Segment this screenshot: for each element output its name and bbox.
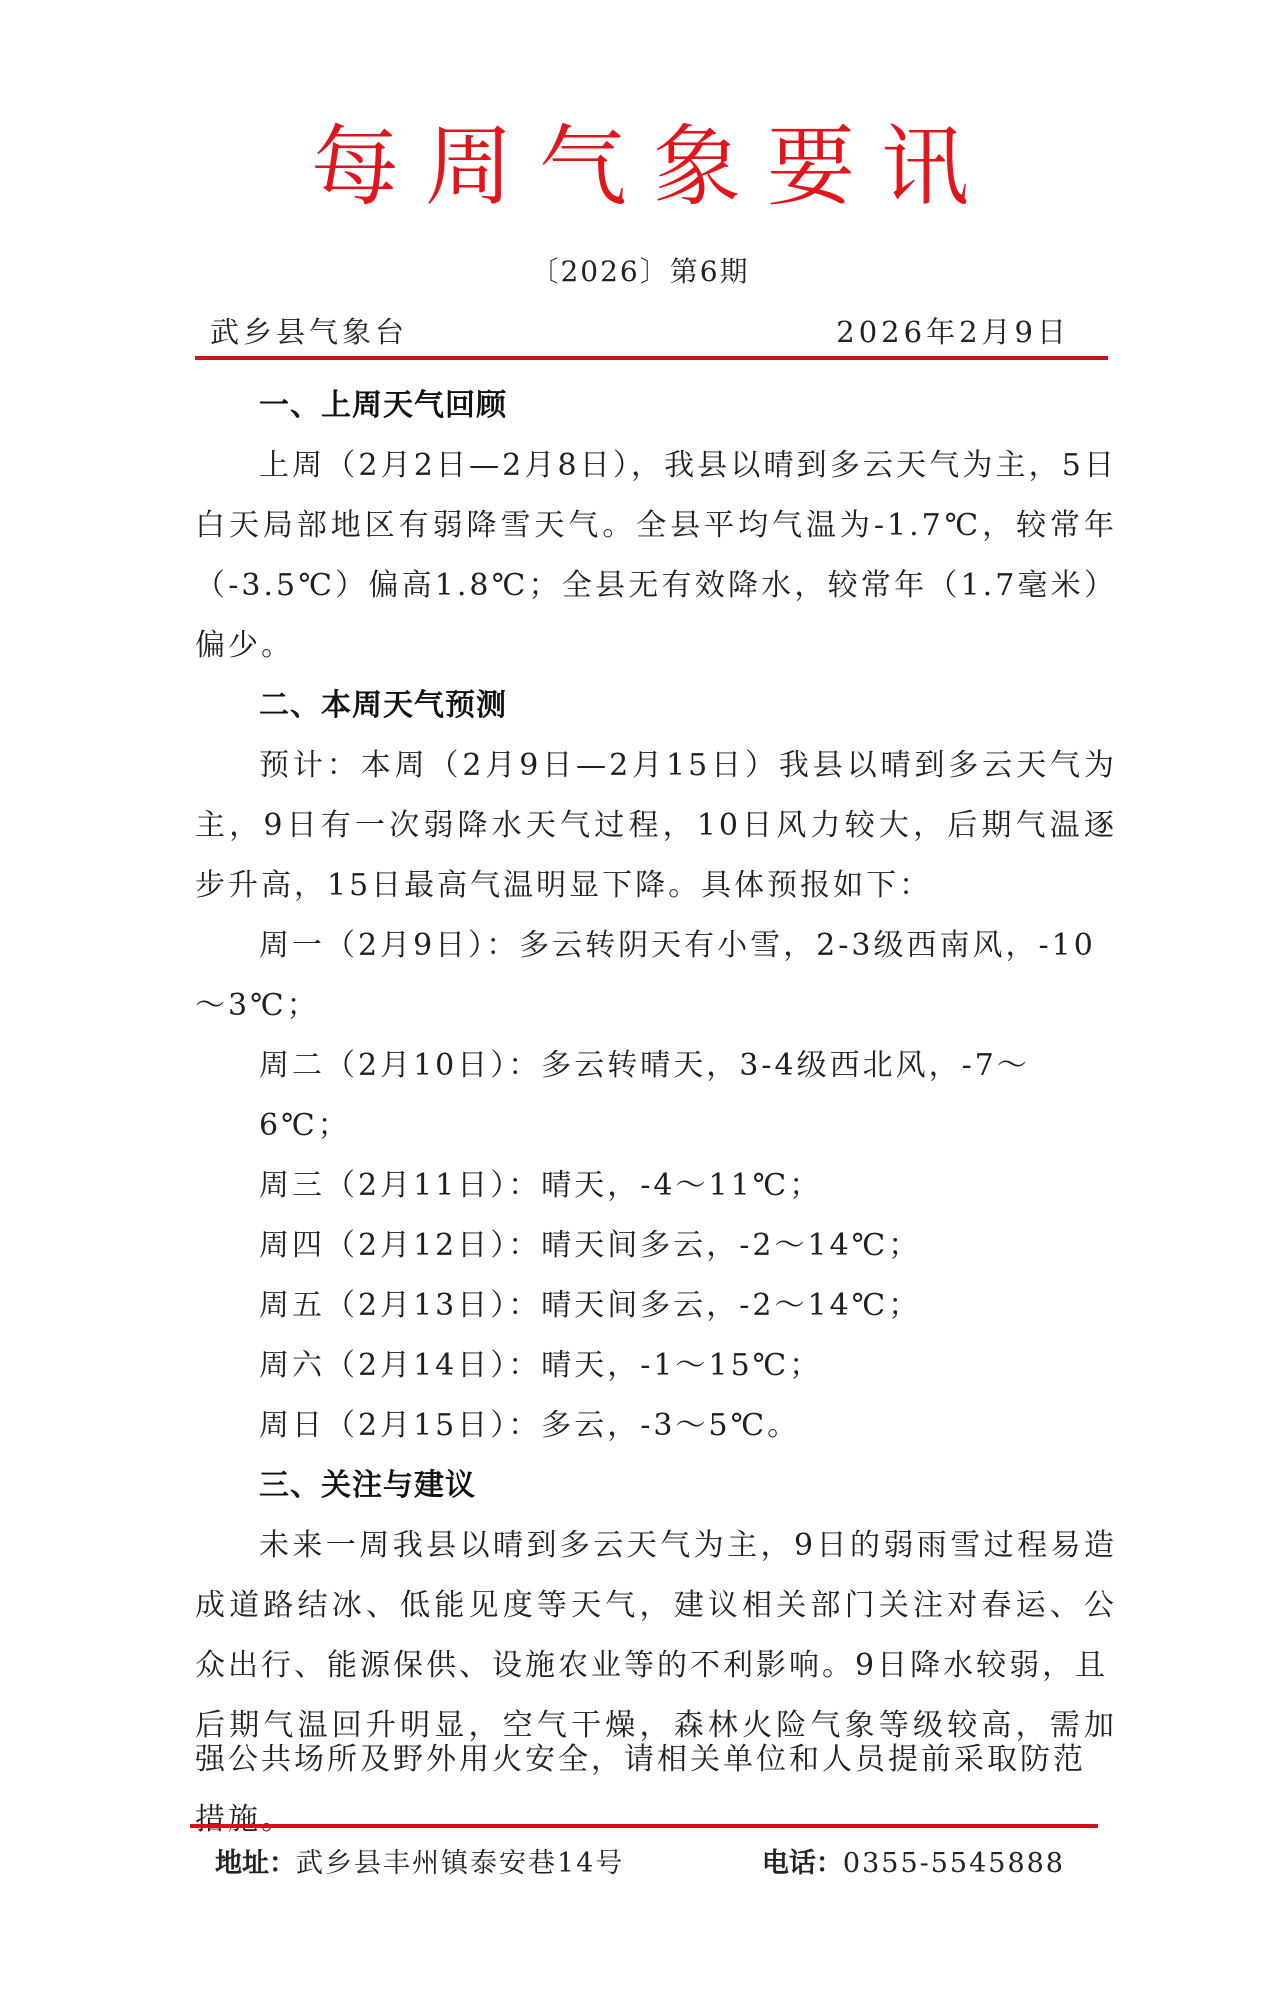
forecast-day-sun: 周日（2月15日）：多云，-3～5℃。: [195, 1396, 1117, 1456]
advice-paragraph-2: 后期气温回升明显，空气干燥，森林火险气象等级较高，需加强公共场所及野外用火安全，…: [195, 1709, 1117, 1777]
issue-number: 〔2026〕第6期: [0, 254, 1280, 290]
section-heading-advice: 三、关注与建议: [195, 1456, 1117, 1516]
footer-phone: 电话：0355-5545888: [762, 1846, 1065, 1882]
address-label: 地址：: [215, 1848, 296, 1879]
footer-address: 地址：武乡县丰州镇泰安巷14号: [215, 1846, 624, 1882]
forecast-day-thu: 周四（2月12日）：晴天间多云，-2～14℃；: [195, 1216, 1117, 1276]
phone-label: 电话：: [762, 1848, 843, 1879]
forecast-summary: 预计：本周（2月9日—2月15日）我县以晴到多云天气为主，9日有一次弱降水天气过…: [195, 736, 1117, 916]
forecast-day-wed: 周三（2月11日）：晴天，-4～11℃；: [195, 1156, 1117, 1216]
bulletin-title: 每周气象要讯: [0, 112, 1280, 222]
advice-paragraph-3: 措施。: [195, 1790, 1117, 1850]
footer-divider: [190, 1824, 1098, 1828]
header-divider: [195, 356, 1108, 360]
forecast-day-sat: 周六（2月14日）：晴天，-1～15℃；: [195, 1336, 1117, 1396]
review-paragraph: 上周（2月2日—2月8日），我县以晴到多云天气为主，5日白天局部地区有弱降雪天气…: [195, 436, 1117, 676]
footer: 地址：武乡县丰州镇泰安巷14号 电话：0355-5545888: [215, 1846, 1065, 1882]
forecast-day-fri: 周五（2月13日）：晴天间多云，-2～14℃；: [195, 1276, 1117, 1336]
advice-paragraph-1: 未来一周我县以晴到多云天气为主，9日的弱雨雪过程易造成道路结冰、低能见度等天气，…: [195, 1516, 1117, 1696]
forecast-day-mon: 周一（2月9日）：多云转阴天有小雪，2-3级西南风，-10～3℃；: [195, 916, 1117, 1036]
section-heading-forecast: 二、本周天气预测: [195, 676, 1117, 736]
organization-name: 武乡县气象台: [210, 314, 408, 350]
section-heading-review: 一、上周天气回顾: [195, 376, 1117, 436]
phone-value: 0355-5545888: [843, 1848, 1065, 1879]
address-value: 武乡县丰州镇泰安巷14号: [296, 1848, 624, 1879]
publish-date: 2026年2月9日: [836, 314, 1070, 350]
bulletin-page: 每周气象要讯 〔2026〕第6期 武乡县气象台 2026年2月9日 一、上周天气…: [0, 0, 1280, 2000]
forecast-day-tue: 周二（2月10日）：多云转晴天，3-4级西北风，-7～6℃；: [195, 1036, 1117, 1156]
bulletin-body: 一、上周天气回顾 上周（2月2日—2月8日），我县以晴到多云天气为主，5日白天局…: [195, 376, 1117, 1850]
org-date-line: 武乡县气象台 2026年2月9日: [210, 314, 1070, 350]
